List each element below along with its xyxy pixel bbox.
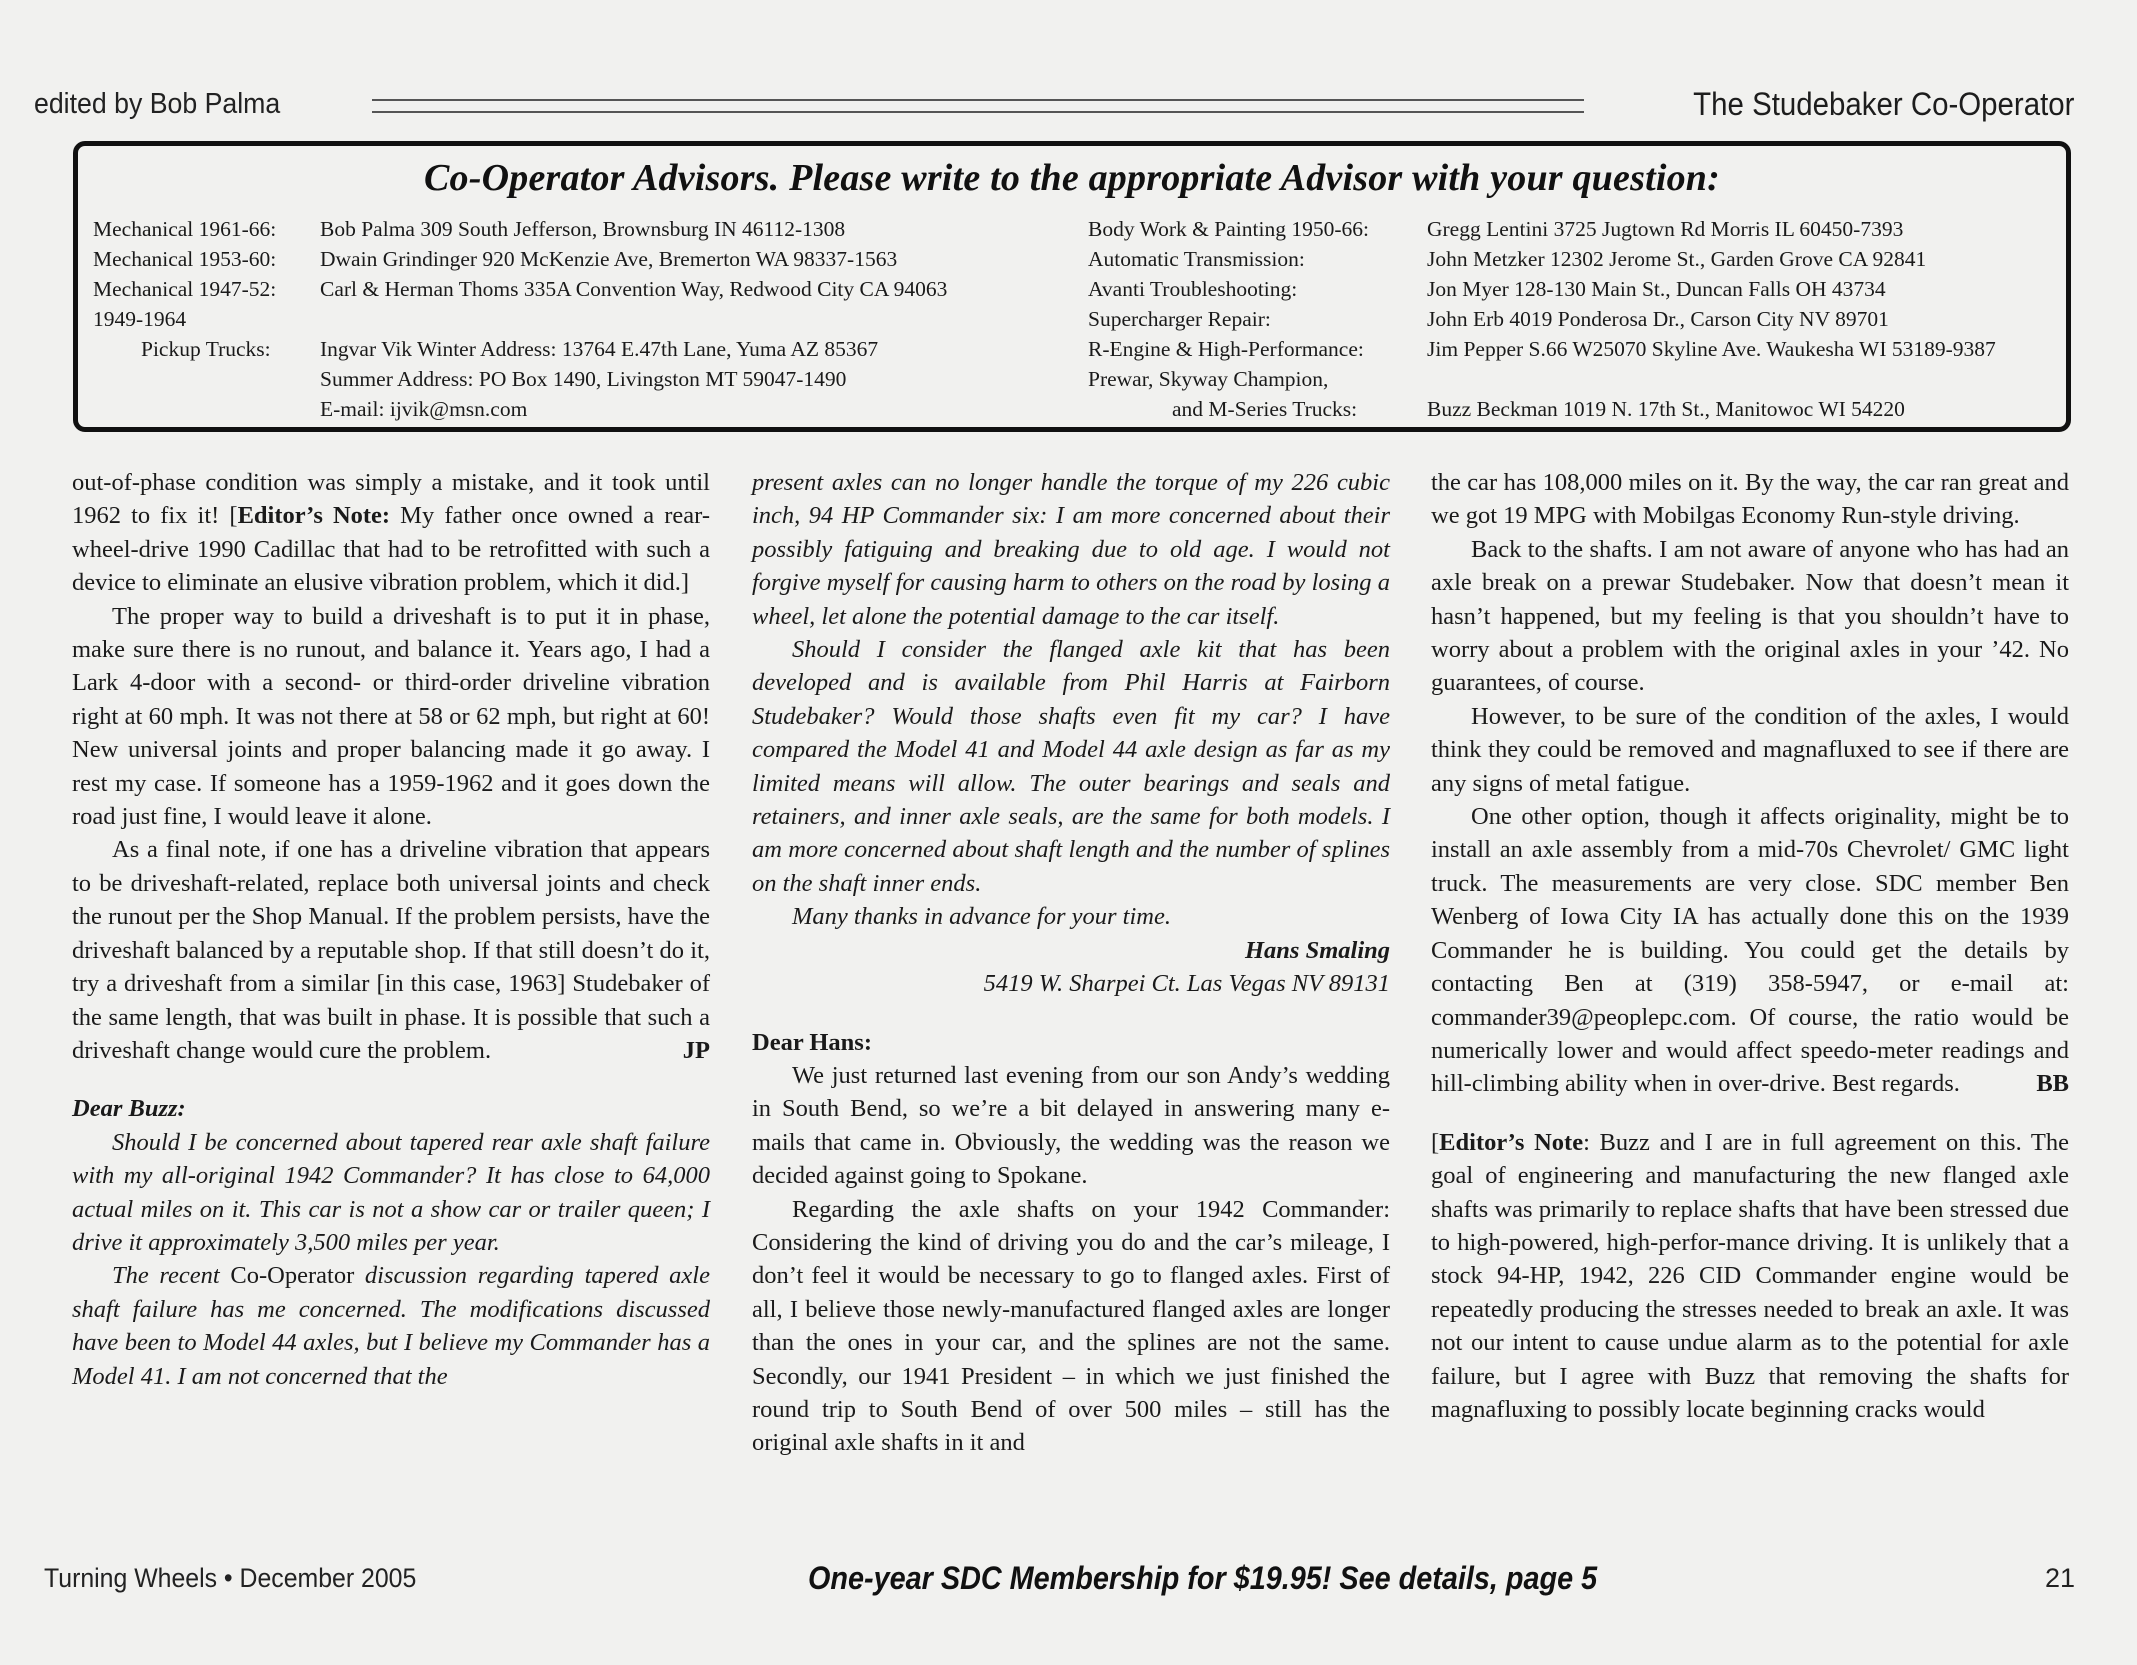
advisor-contact: Bob Palma 309 South Jefferson, Brownsbur… — [320, 214, 845, 244]
salutation: Dear Hans: — [752, 1026, 1390, 1059]
magazine-page: edited by Bob Palma The Studebaker Co-Op… — [0, 0, 2137, 1665]
advisor-specialty: Mechanical 1961-66: — [93, 214, 276, 244]
advisor-contact: Summer Address: PO Box 1490, Livingston … — [320, 364, 846, 394]
advisor-row: 1949-1964 — [93, 304, 1093, 334]
editors-note-label: Editor’s Note: — [238, 502, 391, 529]
advisor-row: Prewar, Skyway Champion, — [1088, 364, 2058, 394]
footer-publication: Turning Wheels • December 2005 — [44, 1563, 416, 1594]
signature-initials: BB — [1996, 1067, 2069, 1100]
advisor-specialty: Body Work & Painting 1950-66: — [1088, 214, 1369, 244]
article-column-2: present axles can no longer handle the t… — [752, 466, 1390, 1460]
letter-paragraph: The recent Co-Operator discussion regard… — [72, 1259, 710, 1393]
footer-membership-promo: One-year SDC Membership for $19.95! See … — [808, 1560, 1597, 1597]
advisor-row: Supercharger Repair: John Erb 4019 Ponde… — [1088, 304, 2058, 334]
header-editor-credit: edited by Bob Palma — [34, 88, 280, 121]
advisor-row: and M-Series Trucks: Buzz Beckman 1019 N… — [1088, 394, 2058, 424]
paragraph: One other option, though it affects orig… — [1431, 800, 2069, 1101]
advisor-specialty: Pickup Trucks: — [141, 334, 271, 364]
article-column-1: out-of-phase condition was simply a mist… — [72, 466, 710, 1393]
advisor-row: Mechanical 1947-52: Carl & Herman Thoms … — [93, 274, 1093, 304]
paragraph: The proper way to build a driveshaft is … — [72, 600, 710, 834]
signature-initials: JP — [643, 1034, 710, 1067]
signature-address: 5419 W. Sharpei Ct. Las Vegas NV 89131 — [752, 967, 1390, 1000]
advisor-specialty: R-Engine & High-Performance: — [1088, 334, 1364, 364]
advisor-specialty: Mechanical 1947-52: — [93, 274, 276, 304]
advisor-row: Automatic Transmission: John Metzker 123… — [1088, 244, 2058, 274]
paragraph: the car has 108,000 miles on it. By the … — [1431, 466, 2069, 533]
advisor-specialty: Supercharger Repair: — [1088, 304, 1271, 334]
advisor-row: Summer Address: PO Box 1490, Livingston … — [93, 364, 1093, 394]
paragraph: Regarding the axle shafts on your 1942 C… — [752, 1193, 1390, 1460]
header-double-rule — [372, 99, 1584, 113]
advisor-row: R-Engine & High-Performance: Jim Pepper … — [1088, 334, 2058, 364]
advisors-right-list: Body Work & Painting 1950-66: Gregg Lent… — [1088, 214, 2058, 424]
paragraph: We just returned last evening from our s… — [752, 1059, 1390, 1193]
advisor-contact: Carl & Herman Thoms 335A Convention Way,… — [320, 274, 947, 304]
advisor-specialty: Avanti Troubleshooting: — [1088, 274, 1297, 304]
letter-paragraph: Many thanks in advance for your time. — [752, 900, 1390, 933]
advisor-row: Body Work & Painting 1950-66: Gregg Lent… — [1088, 214, 2058, 244]
advisor-contact: John Erb 4019 Ponderosa Dr., Carson City… — [1427, 304, 1889, 334]
advisor-specialty: Automatic Transmission: — [1088, 244, 1305, 274]
article-column-3: the car has 108,000 miles on it. By the … — [1431, 466, 2069, 1426]
paragraph: [Editor’s Note: Buzz and I are in full a… — [1431, 1126, 2069, 1427]
advisor-contact: Dwain Grindinger 920 McKenzie Ave, Breme… — [320, 244, 897, 274]
publication-name: Co-Operator — [230, 1262, 354, 1289]
advisor-row: Avanti Troubleshooting: Jon Myer 128-130… — [1088, 274, 2058, 304]
advisor-specialty: 1949-1964 — [93, 304, 186, 334]
paragraph: However, to be sure of the condition of … — [1431, 700, 2069, 800]
advisor-row: E-mail: ijvik@msn.com — [93, 394, 1093, 424]
signature-name: Hans Smaling — [752, 934, 1390, 967]
advisor-contact: Jim Pepper S.66 W25070 Skyline Ave. Wauk… — [1427, 334, 1996, 364]
advisors-title: Co-Operator Advisors. Please write to th… — [78, 156, 2066, 200]
advisors-box: Co-Operator Advisors. Please write to th… — [73, 141, 2071, 432]
advisor-row: Pickup Trucks: Ingvar Vik Winter Address… — [93, 334, 1093, 364]
advisor-contact: Ingvar Vik Winter Address: 13764 E.47th … — [320, 334, 878, 364]
advisor-row: Mechanical 1961-66: Bob Palma 309 South … — [93, 214, 1093, 244]
letter-paragraph: Should I consider the flanged axle kit t… — [752, 633, 1390, 900]
paragraph: Back to the shafts. I am not aware of an… — [1431, 533, 2069, 700]
advisor-email: E-mail: ijvik@msn.com — [320, 394, 527, 424]
advisor-specialty: and M-Series Trucks: — [1172, 394, 1357, 424]
advisor-contact: Jon Myer 128-130 Main St., Duncan Falls … — [1427, 274, 1886, 304]
header-column-title: The Studebaker Co-Operator — [1693, 86, 2074, 123]
advisor-specialty: Prewar, Skyway Champion, — [1088, 364, 1328, 394]
advisor-specialty: Mechanical 1953-60: — [93, 244, 276, 274]
page-number: 21 — [2045, 1563, 2075, 1594]
paragraph: As a final note, if one has a driveline … — [72, 833, 710, 1067]
letter-paragraph: present axles can no longer handle the t… — [752, 466, 1390, 633]
advisor-contact: John Metzker 12302 Jerome St., Garden Gr… — [1427, 244, 1926, 274]
advisor-contact: Gregg Lentini 3725 Jugtown Rd Morris IL … — [1427, 214, 1903, 244]
paragraph: out-of-phase condition was simply a mist… — [72, 466, 710, 600]
editors-note-label: Editor’s Note — [1439, 1129, 1583, 1156]
advisor-row: Mechanical 1953-60: Dwain Grindinger 920… — [93, 244, 1093, 274]
advisors-left-list: Mechanical 1961-66: Bob Palma 309 South … — [93, 214, 1093, 424]
salutation: Dear Buzz: — [72, 1092, 710, 1125]
letter-paragraph: Should I be concerned about tapered rear… — [72, 1126, 710, 1260]
advisor-contact: Buzz Beckman 1019 N. 17th St., Manitowoc… — [1427, 394, 1905, 424]
